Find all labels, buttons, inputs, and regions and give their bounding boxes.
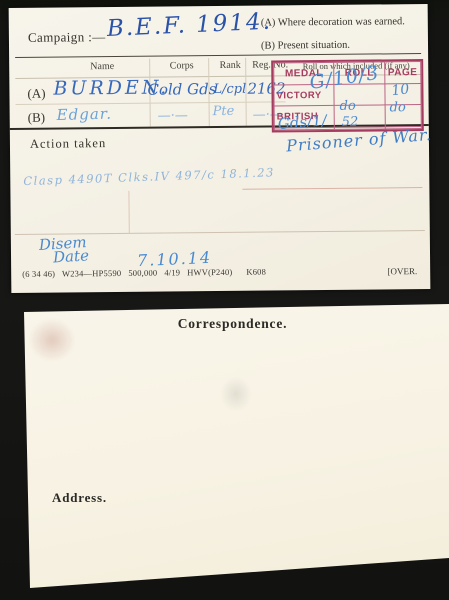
british-roll-ditto: do bbox=[340, 99, 356, 114]
medal-card-back: Correspondence. Address. bbox=[0, 300, 449, 600]
over-label: [OVER. bbox=[387, 266, 417, 276]
column-header-corps: Corps bbox=[159, 60, 204, 71]
medal-card-front: Campaign :— B.E.F. 1914. (A) Where decor… bbox=[9, 4, 431, 293]
row-a-corps: Cold Gds bbox=[147, 80, 216, 99]
medal-card-back-area: Correspondence. Address. bbox=[0, 300, 449, 600]
victory-page-handwritten: 10 bbox=[391, 81, 411, 99]
printer-code: (6 34 46) W234—HP5590 500,000 4/19 HWV(P… bbox=[22, 267, 266, 279]
disembark-word-2: Date bbox=[53, 246, 90, 266]
column-header-name: Name bbox=[57, 61, 147, 73]
rule-under-campaign bbox=[15, 53, 421, 58]
british-page-ditto: do bbox=[390, 100, 406, 115]
campaign-handwritten-value: B.E.F. 1914. bbox=[106, 9, 272, 42]
row-b-forename: Edgar. bbox=[56, 105, 112, 124]
note-where-decoration-earned: (A) Where decoration was earned. bbox=[261, 16, 405, 28]
photo-background: Campaign :— B.E.F. 1914. (A) Where decor… bbox=[0, 0, 449, 600]
column-header-rank: Rank bbox=[211, 60, 249, 71]
campaign-label: Campaign :— bbox=[28, 29, 106, 46]
address-label: Address. bbox=[52, 490, 107, 506]
correspondence-heading: Correspondence. bbox=[25, 316, 440, 332]
note-present-situation: (B) Present situation. bbox=[261, 40, 350, 52]
row-b-rank: Pte bbox=[213, 104, 235, 119]
star-page-handwritten: 52 bbox=[342, 115, 359, 130]
action-taken-label: Action taken bbox=[30, 136, 106, 152]
stamp-header-page: PAGE bbox=[384, 62, 420, 84]
row-b-label: (B) bbox=[28, 110, 45, 126]
faint-ruled-line bbox=[242, 187, 422, 190]
row-a-rank: L/cpl bbox=[213, 82, 246, 97]
clasp-annotation: Clasp 4490T Clks.IV 497/c 18.1.23 bbox=[23, 165, 275, 188]
row-a-label: (A) bbox=[27, 86, 45, 102]
faded-spot bbox=[220, 376, 252, 412]
faint-column-line bbox=[128, 191, 129, 233]
star-roll-handwritten: Gds/1/ bbox=[277, 111, 327, 133]
row-b-corps-ditto: —·— bbox=[158, 108, 188, 123]
